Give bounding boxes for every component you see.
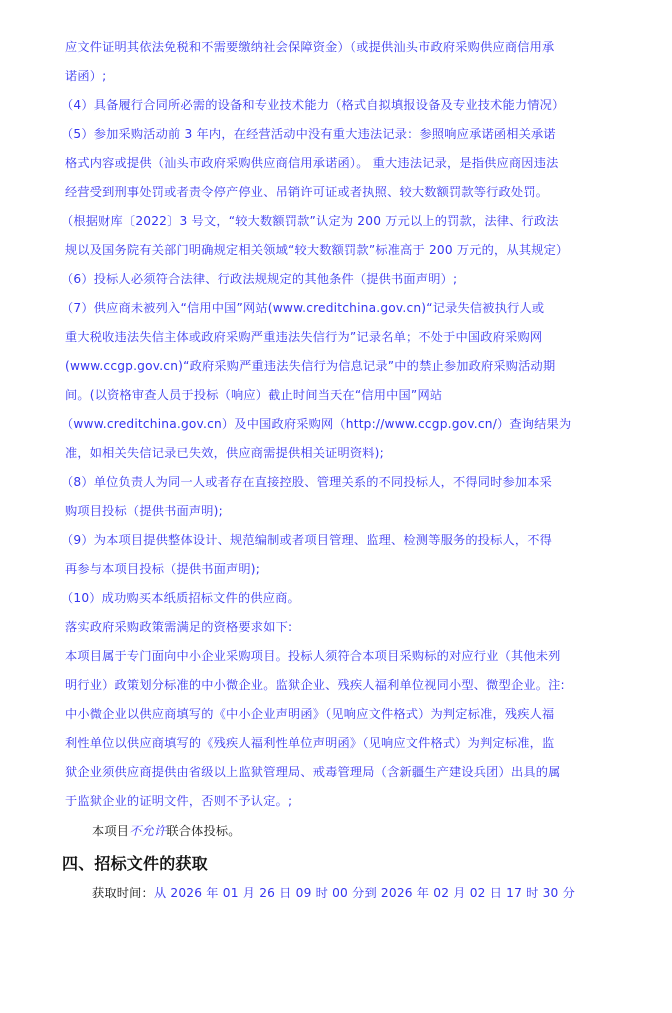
text-line: （10）成功购买本纸质招标文件的供应商。	[61, 589, 300, 606]
text-line: 于监狱企业的证明文件，否则不予认定。;	[65, 792, 292, 809]
text-line: （7）供应商未被列入“信用中国”网站(www.creditchina.gov.c…	[61, 299, 544, 316]
text-line: （9）为本项目提供整体设计、规范编制或者项目管理、监理、检测等服务的投标人，不得	[61, 531, 552, 548]
consortium-prefix: 本项目	[92, 824, 129, 838]
consortium-suffix: 联合体投标。	[166, 824, 240, 838]
text-line: 经营受到刑事处罚或者责令停产停业、吊销许可证或者执照、较大数额罚款等行政处罚。	[65, 183, 548, 200]
text-line: 间。(以资格审查人员于投标（响应）截止时间当天在“信用中国”网站	[65, 386, 442, 403]
text-line: 狱企业须供应商提供由省级以上监狱管理局、戒毒管理局（含新疆生产建设兵团）出具的属	[65, 763, 561, 780]
text-line: 格式内容或提供（汕头市政府采购供应商信用承诺函）。 重大违法记录，是指供应商因违…	[65, 154, 558, 171]
text-line: 购项目投标（提供书面声明);	[65, 502, 223, 519]
text-line: 应文件证明其依法免税和不需要缴纳社会保障资金）（或提供汕头市政府采购供应商信用承	[65, 38, 554, 55]
text-line: 利性单位以供应商填写的《残疾人福利性单位声明函》（见响应文件格式）为判定标准，监	[65, 734, 554, 751]
consortium-line: 本项目不允许联合体投标。	[92, 822, 241, 839]
acquisition-value: 从 2026 年 01 月 26 日 09 时 00 分到 2026 年 02 …	[154, 886, 575, 900]
text-line: （5）参加采购活动前 3 年内，在经营活动中没有重大违法记录：参照响应承诺函相关…	[61, 125, 556, 142]
text-line: 再参与本项目投标（提供书面声明);	[65, 560, 260, 577]
text-line: （6）投标人必须符合法律、行政法规规定的其他条件（提供书面声明）;	[61, 270, 457, 287]
text-line: 准，如相关失信记录已失效，供应商需提供相关证明资料);	[65, 444, 384, 461]
text-line: 诺函）;	[65, 67, 106, 84]
text-line: （www.creditchina.gov.cn）及中国政府采购网（http://…	[61, 415, 571, 432]
text-line: （根据财库〔2022〕3 号文，“较大数额罚款”认定为 200 万元以上的罚款，…	[61, 212, 559, 229]
text-line: 中小微企业以供应商填写的《中小企业声明函》（见响应文件格式）为判定标准，残疾人福	[65, 705, 554, 722]
text-line: 落实政府采购政策需满足的资格要求如下:	[65, 618, 292, 635]
text-line: （8）单位负责人为同一人或者存在直接控股、管理关系的不同投标人，不得同时参加本采	[61, 473, 552, 490]
text-line: 本项目属于专门面向中小企业采购项目。投标人须符合本项目采购标的对应行业（其他未列	[65, 647, 561, 664]
acquisition-label: 获取时间：	[92, 886, 154, 900]
consortium-value: 不允许	[129, 824, 166, 838]
acquisition-time-line: 获取时间：从 2026 年 01 月 26 日 09 时 00 分到 2026 …	[92, 884, 575, 901]
section-heading: 四、招标文件的获取	[62, 851, 208, 874]
text-line: 明行业）政策划分标准的中小微企业。监狱企业、残疾人福利单位视同小型、微型企业。注…	[65, 676, 565, 693]
text-line: 重大税收违法失信主体或政府采购严重违法失信行为”记录名单；不处于中国政府采购网	[65, 328, 542, 345]
text-line: (www.ccgp.gov.cn)“政府采购严重违法失信行为信息记录”中的禁止参…	[65, 357, 555, 374]
text-line: （4）具备履行合同所必需的设备和专业技术能力（格式自拟填报设备及专业技术能力情况…	[61, 96, 564, 113]
text-line: 规以及国务院有关部门明确规定相关领域“较大数额罚款”标准高于 200 万元的，从…	[65, 241, 568, 258]
